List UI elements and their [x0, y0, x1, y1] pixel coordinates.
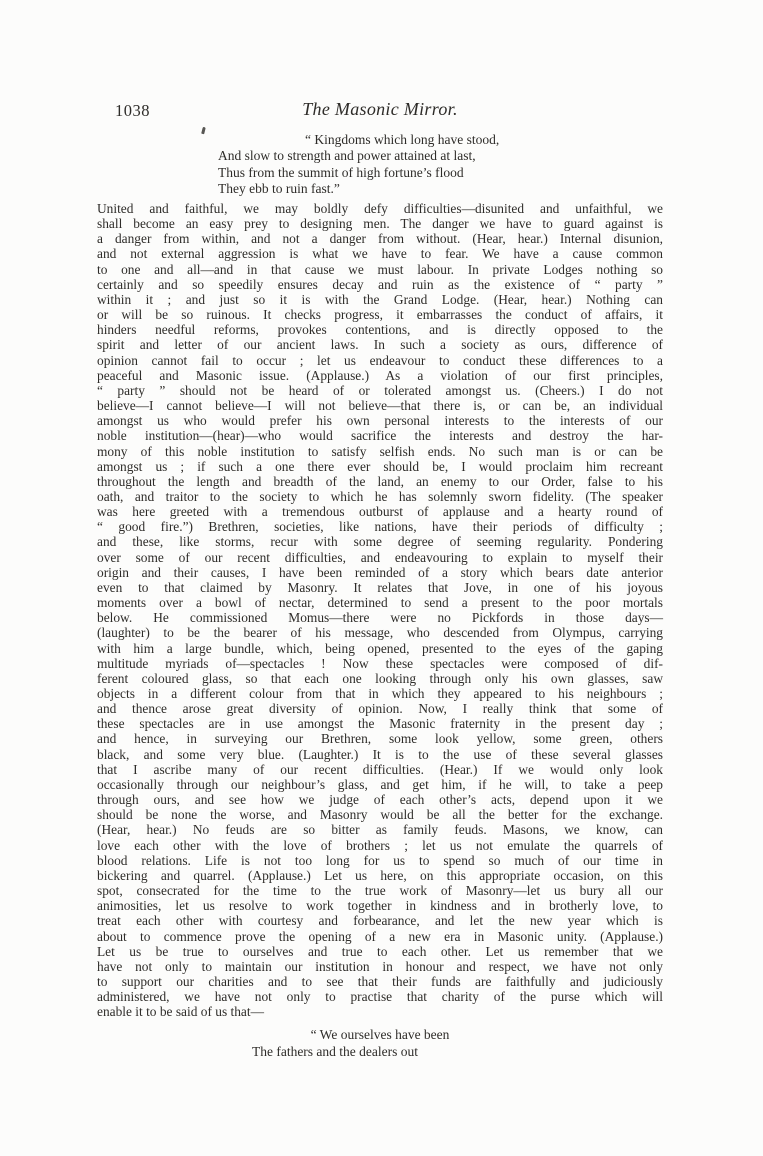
text-line: “ good fire.”) Brethren, societies, like… — [97, 519, 663, 534]
verse-line: “ Kingdoms which long have stood, — [305, 132, 499, 148]
ink-speck — [201, 127, 206, 135]
text-line: “ party ” should not be heard of or tole… — [97, 383, 663, 398]
text-line: and thence arose great diversity of opin… — [97, 701, 663, 716]
text-line: throughout the length and breadth of the… — [97, 474, 663, 489]
text-line: a danger from within, and not a danger f… — [97, 231, 663, 246]
running-head: 1038 The Masonic Mirror. — [97, 99, 663, 123]
text-line: occasionally through our neighbour’s gla… — [97, 777, 663, 792]
closing-verse-quote: “ We ourselves have been The fathers and… — [97, 1027, 663, 1061]
text-line: ferent coloured glass, so that each one … — [97, 671, 663, 686]
text-line: peaceful and Masonic issue. (Applause.) … — [97, 368, 663, 383]
text-line: or will be so ruinous. It checks progres… — [97, 307, 663, 322]
text-line: believe—I cannot believe—I will not beli… — [97, 398, 663, 413]
text-line: these spectacles are in use amongst the … — [97, 716, 663, 731]
verse-line: “ We ourselves have been — [97, 1027, 663, 1044]
text-line: (Hear, hear.) No feuds are so bitter as … — [97, 822, 663, 837]
text-line: mony of this noble institution to satisf… — [97, 444, 663, 459]
text-line: with him a large bundle, which, being op… — [97, 641, 663, 656]
text-line: shall become an easy prey to designing m… — [97, 216, 663, 231]
text-line: through ours, and see how we judge of ea… — [97, 792, 663, 807]
text-line: over some of our recent difficulties, an… — [97, 550, 663, 565]
text-line: was here greeted with a tremendous outbu… — [97, 504, 663, 519]
text-line: objects in a different colour from that … — [97, 686, 663, 701]
text-line: and these, like storms, recur with some … — [97, 534, 663, 549]
text-line: and hence, in surveying our Brethren, so… — [97, 731, 663, 746]
text-line: opinion cannot fail to occur ; let us en… — [97, 353, 663, 368]
text-line: within it ; and just so it is with the G… — [97, 292, 663, 307]
text-line: bickering and quarrel. (Applause.) Let u… — [97, 868, 663, 883]
journal-title: The Masonic Mirror. — [97, 99, 663, 120]
text-line: blood relations. Life is not too long fo… — [97, 853, 663, 868]
text-line: hinders needful reforms, provokes conten… — [97, 322, 663, 337]
text-line: certainly and so speedily ensures decay … — [97, 277, 663, 292]
text-line: noble institution—(hear)—who would sacri… — [97, 428, 663, 443]
verse-line: Thus from the summit of high fortune’s f… — [218, 165, 499, 181]
text-line: origin and their causes, I have been rem… — [97, 565, 663, 580]
scanned-document-page: 1038 The Masonic Mirror. “ Kingdoms whic… — [0, 0, 763, 1156]
text-line: have not only to maintain our institutio… — [97, 959, 663, 974]
text-line: United and faithful, we may boldly defy … — [97, 201, 663, 216]
text-line: moments over a bowl of nectar, determine… — [97, 595, 663, 610]
text-line: black, and some very blue. (Laughter.) I… — [97, 747, 663, 762]
verse-line: The fathers and the dealers out — [52, 1044, 618, 1061]
text-line: spirit and letter of our ancient laws. I… — [97, 337, 663, 352]
speech-body-text: United and faithful, we may boldly defy … — [97, 201, 663, 1019]
text-line: oath, and traitor to the society to whic… — [97, 489, 663, 504]
text-line: to one and all—and in that cause we must… — [97, 262, 663, 277]
text-line: should be none the worse, and Masonry wo… — [97, 807, 663, 822]
text-line: Let us be true to ourselves and true to … — [97, 944, 663, 959]
text-line: administered, we have not only to practi… — [97, 989, 663, 1004]
text-line: treat each other with courtesy and forbe… — [97, 913, 663, 928]
opening-verse-quote: “ Kingdoms which long have stood, And sl… — [218, 132, 499, 198]
text-line: enable it to be said of us that— — [97, 1004, 663, 1019]
verse-line: They ebb to ruin fast.” — [218, 181, 499, 197]
text-line: (laughter) to be the bearer of his messa… — [97, 625, 663, 640]
text-line: animosities, let us resolve to work toge… — [97, 898, 663, 913]
text-line: even to that claimed by Masonry. It rela… — [97, 580, 663, 595]
text-line: to support our charities and to see that… — [97, 974, 663, 989]
text-line: and not external aggression is what we h… — [97, 246, 663, 261]
verse-line: And slow to strength and power attained … — [218, 148, 499, 164]
text-line: about to commence prove the opening of a… — [97, 929, 663, 944]
text-line: multitude myriads of—spectacles ! Now th… — [97, 656, 663, 671]
text-line: love each other with the love of brother… — [97, 838, 663, 853]
text-line: amongst us who would prefer his own pers… — [97, 413, 663, 428]
text-line: that I ascribe many of our recent diffic… — [97, 762, 663, 777]
text-line: spot, consecrated for the time to the tr… — [97, 883, 663, 898]
text-line: below. He commissioned Momus—there were … — [97, 610, 663, 625]
text-line: amongst us ; if such a one there ever sh… — [97, 459, 663, 474]
